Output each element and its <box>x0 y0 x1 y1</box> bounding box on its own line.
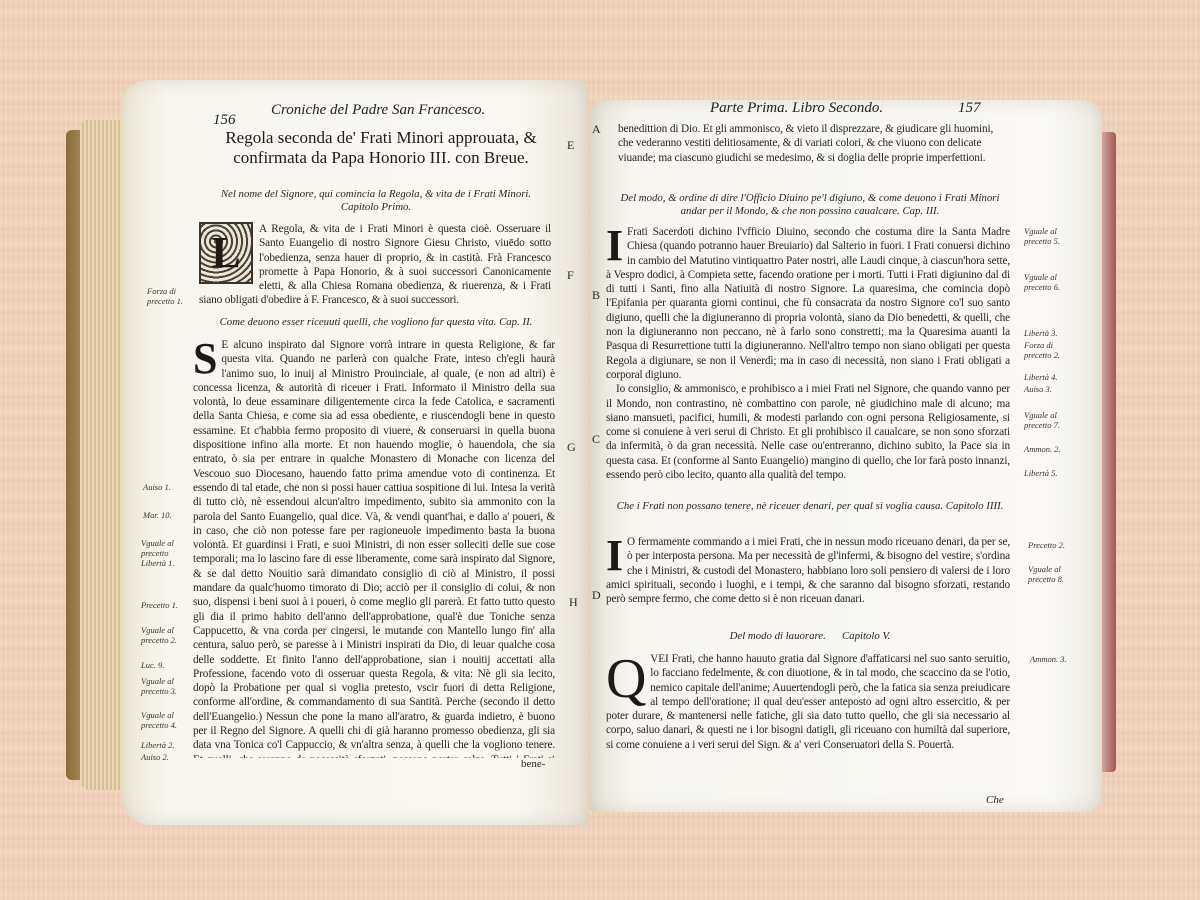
section-letter-D: D <box>592 588 601 603</box>
opening-body: benedittion di Dio. Et gli ammonisco, & … <box>618 122 1008 165</box>
open-book: 156 Croniche del Padre San Francesco. Re… <box>66 80 1116 840</box>
section-letter-G: G <box>567 440 576 455</box>
chapter-2-text: E alcuno inspirato dal Signore vorrà int… <box>193 339 555 758</box>
margin-note: Vguale al precetto 3. <box>141 676 187 696</box>
chapter-4-heading: Che i Frati non possano tenere, nè riceu… <box>610 500 1010 513</box>
margin-note: Precetto 2. <box>1028 540 1072 550</box>
margin-note: Libertà 2. <box>141 740 187 750</box>
margin-note: Mar. 10. <box>143 510 187 520</box>
margin-note: Auiso 1. <box>143 482 187 492</box>
page-number-left: 156 <box>213 112 236 129</box>
margin-note: Libertà 5. <box>1024 468 1068 478</box>
page-number-right: 157 <box>958 100 981 117</box>
chapter-5-text: VEI Frati, che hanno hauuto gratia dal S… <box>606 653 1010 751</box>
chapter-1-heading: Nel nome del Signore, qui comincia la Re… <box>211 188 541 214</box>
section-letter-B: B <box>592 288 600 303</box>
margin-note: Precetto 1. <box>141 600 187 610</box>
drop-cap-I: I <box>606 227 623 265</box>
margin-note: Vguale al precetto <box>141 538 187 558</box>
margin-note: Forza di precetto 1. <box>147 286 187 306</box>
margin-note: Libertà 3. <box>1024 328 1068 338</box>
ornate-initial-L: L <box>199 222 253 284</box>
section-letter-H: H <box>569 595 578 610</box>
book-cover-right <box>1102 132 1116 772</box>
catchword-right: Che <box>986 794 1004 806</box>
chapter-5-heading: Del modo di lauorare. Capitolo V. <box>610 630 1010 643</box>
section-letter-F: F <box>567 268 574 283</box>
margin-note: Ammon. 2. <box>1024 444 1068 454</box>
margin-note: Forza di precetto 2. <box>1024 340 1068 360</box>
chapter-3-heading: Del modo, & ordine di dire l'Officio Diu… <box>610 192 1010 218</box>
margin-note: Vguale al precetto 6. <box>1024 272 1068 292</box>
right-page: Parte Prima. Libro Secondo. 157 beneditt… <box>590 100 1102 812</box>
margin-note: Vguale al precetto 5. <box>1024 226 1068 246</box>
chapter-3-text: Frati Sacerdoti dichino l'vfficio Diuino… <box>606 226 1010 381</box>
margin-note: Vguale al precetto 2. <box>141 625 187 645</box>
chapter-4-text: O fermamente commando a i miei Frati, ch… <box>606 536 1010 605</box>
page-title-left: Regola seconda de' Frati Minori approuat… <box>201 128 561 168</box>
margin-note: Libertà 4. <box>1024 372 1068 382</box>
drop-cap-I-2: I <box>606 537 623 575</box>
section-letter-C: C <box>592 432 600 447</box>
left-page: 156 Croniche del Padre San Francesco. Re… <box>121 80 588 825</box>
drop-cap-S: S <box>193 340 217 378</box>
margin-note: Auiso 2. <box>141 752 187 762</box>
chapter-2-body: S E alcuno inspirato dal Signore vorrà i… <box>193 338 555 758</box>
section-letter-A: A <box>592 122 601 137</box>
section-letter-E: E <box>567 138 574 153</box>
margin-note: Vguale al precetto 7. <box>1024 410 1068 430</box>
chapter-2-heading: Come deuono esser riceuuti quelli, che v… <box>201 316 551 329</box>
chapter-1-body: L A Regola, & vita de i Frati Minori è q… <box>199 222 551 308</box>
catchword-left: bene- <box>521 758 545 770</box>
chapter-5-body: Q VEI Frati, che hanno hauuto gratia dal… <box>606 652 1010 752</box>
running-head-right: Parte Prima. Libro Secondo. <box>710 100 883 117</box>
margin-note: Luc. 9. <box>141 660 187 670</box>
running-head-left: Croniche del Padre San Francesco. <box>271 102 485 119</box>
margin-note: Auiso 3. <box>1024 384 1068 394</box>
chapter-3-body: I Frati Sacerdoti dichino l'vfficio Diui… <box>606 225 1010 482</box>
chapter-3-text-2: Io consiglio, & ammonisco, e prohibisco … <box>606 382 1010 482</box>
chapter-4-body: I O fermamente commando a i miei Frati, … <box>606 535 1010 606</box>
margin-note: Libertà 1. <box>141 558 187 568</box>
drop-cap-Q: Q <box>606 654 646 704</box>
margin-note: Ammon. 3. <box>1030 654 1074 664</box>
margin-note: Vguale al precetto 4. <box>141 710 187 730</box>
margin-note: Vguale al precetto 8. <box>1028 564 1072 584</box>
